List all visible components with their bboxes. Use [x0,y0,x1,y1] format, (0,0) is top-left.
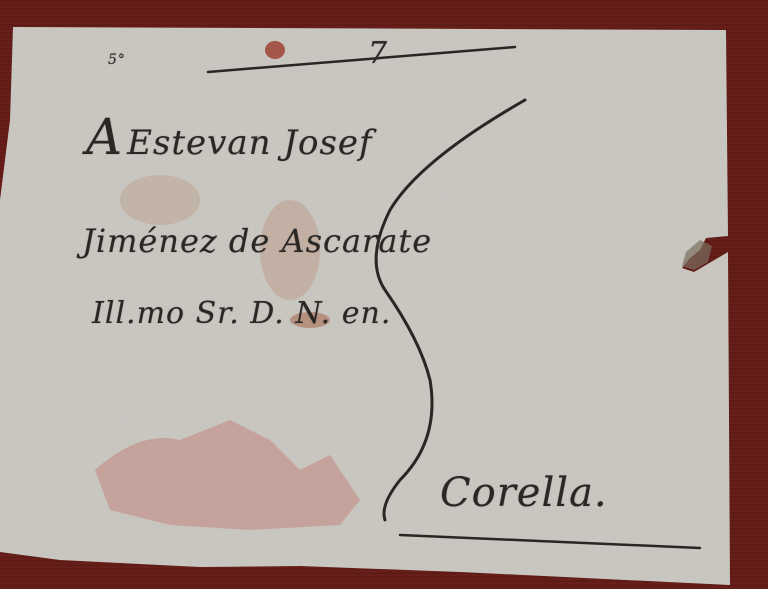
address-name: Estevan Josef [127,123,373,163]
address-initial: A [86,108,123,166]
letter-photo: 5° 7 AEstevan Josef Jiménez de Ascarate … [0,0,768,589]
address-line-1: AEstevan Josef [86,108,373,166]
top-mark: 7 [368,36,388,71]
corner-mark: 5° [108,52,126,68]
address-line-3: Ill.mo Sr. D. N. en. [92,296,391,331]
address-line-2: Jiménez de Ascarate [82,222,432,260]
paper-sheet [0,0,768,589]
destination-town: Corella. [440,470,608,516]
